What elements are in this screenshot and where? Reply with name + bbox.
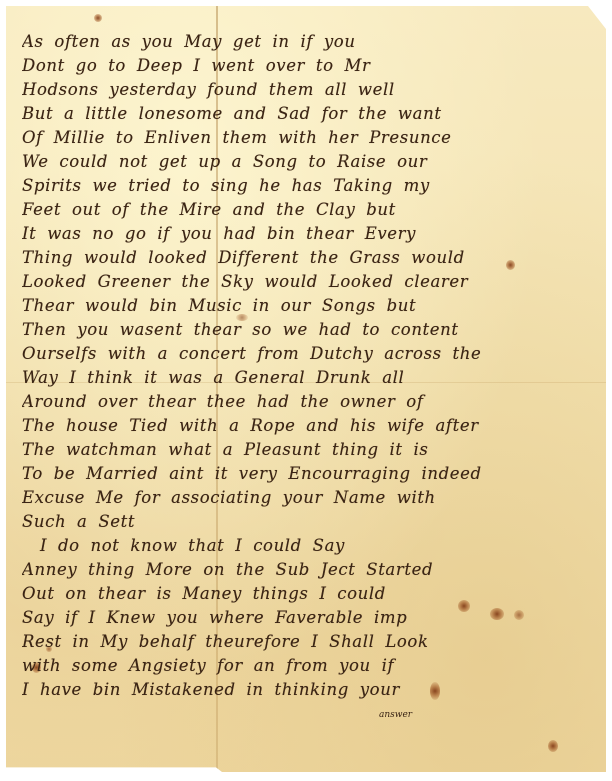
text-line: Dont go to Deep I went over to Mr — [22, 54, 607, 78]
text-line: Feet out of the Mire and the Clay but — [22, 198, 607, 222]
text-line: Hodsons yesterday found them all well — [22, 78, 607, 102]
text-line: To be Married aint it very Encourraging … — [22, 462, 607, 486]
text-line: But a little lonesome and Sad for the wa… — [22, 102, 607, 126]
text-line: Way I think it was a General Drunk all — [22, 366, 607, 390]
text-line: Ourselfs with a concert from Dutchy acro… — [22, 342, 607, 366]
text-line: Out on thear is Maney things I could — [22, 582, 607, 606]
text-line: Say if I Knew you where Faverable imp — [22, 606, 607, 630]
text-line: The house Tied with a Rope and his wife … — [22, 414, 607, 438]
text-line: I have bin Mistakened in thinking your — [22, 678, 607, 702]
text-line: I do not know that I could Say — [22, 534, 607, 558]
text-line: Spirits we tried to sing he has Taking m… — [22, 174, 607, 198]
text-line: Of Millie to Enliven them with her Presu… — [22, 126, 607, 150]
text-line: Excuse Me for associating your Name with — [22, 486, 607, 510]
text-line: Then you wasent thear so we had to conte… — [22, 318, 607, 342]
text-line: As often as you May get in if you — [22, 30, 607, 54]
ink-stain — [548, 740, 558, 752]
text-line: Around over thear thee had the owner of — [22, 390, 607, 414]
text-line: Rest in My behalf theurefore I Shall Loo… — [22, 630, 607, 654]
text-line: Looked Greener the Sky would Looked clea… — [22, 270, 607, 294]
text-line: We could not get up a Song to Raise our — [22, 150, 607, 174]
text-line: The watchman what a Pleasunt thing it is — [22, 438, 607, 462]
text-line: with some Angsiety for an from you if — [22, 654, 607, 678]
interlinear-insertion: answer — [379, 710, 412, 720]
ink-stain — [94, 14, 102, 22]
text-line: Thear would bin Music in our Songs but — [22, 294, 607, 318]
letter-text: As often as you May get in if you Dont g… — [22, 30, 607, 702]
text-line: Thing would looked Different the Grass w… — [22, 246, 607, 270]
text-line: Such a Sett — [22, 510, 607, 534]
text-line: Anney thing More on the Sub Ject Started — [22, 558, 607, 582]
text-line: It was no go if you had bin thear Every — [22, 222, 607, 246]
